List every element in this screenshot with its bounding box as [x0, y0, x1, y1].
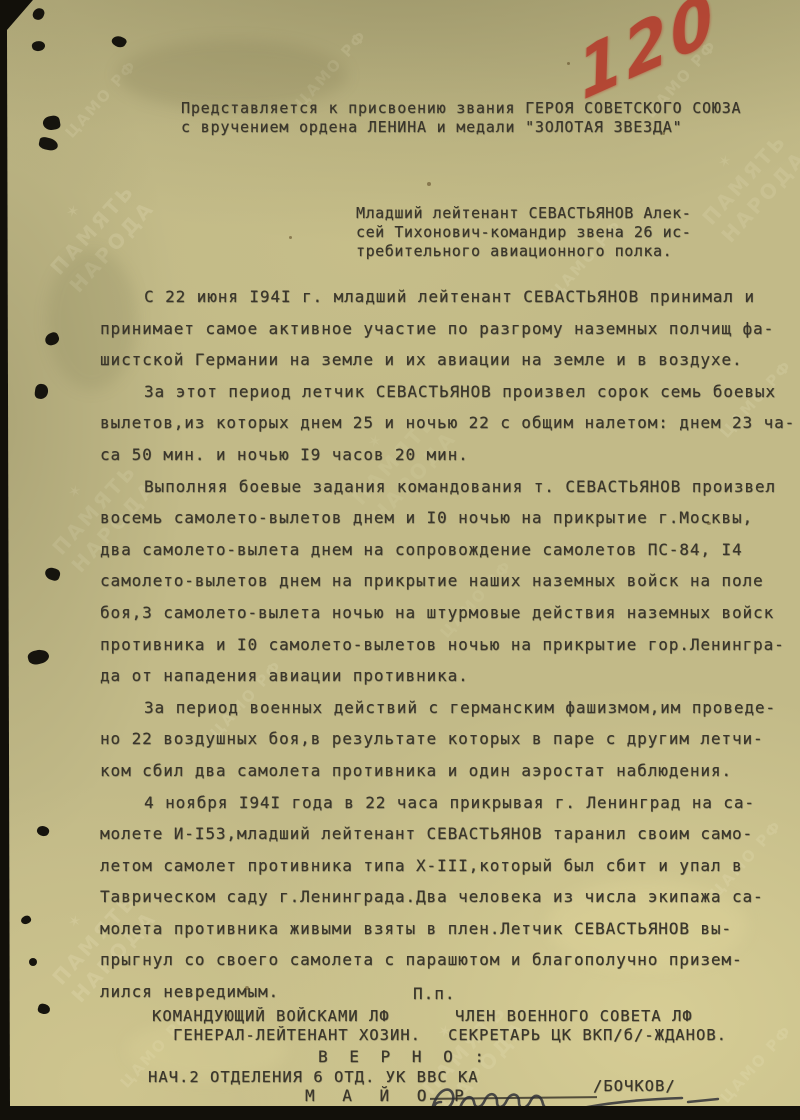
subject-line-2: сей Тихонович-командир звена 26 ис- — [356, 223, 691, 242]
body-line: два самолето-вылета днем на сопровождени… — [100, 534, 800, 566]
body-line: противника и I0 самолето-вылетов ночью н… — [100, 629, 800, 661]
paper-sheet: ✶ ПАМЯТЬ НАРОДА ✶ ПАМЯТЬ НАРОДА ✶ ПАМЯТЬ… — [7, 0, 800, 1106]
foxing-speck — [567, 62, 570, 65]
signer-left-name: ГЕНЕРАЛ-ЛЕЙТЕНАНТ ХОЗИН. — [173, 1026, 421, 1044]
body-line: летом самолет противника типа Х-III,кото… — [100, 850, 800, 882]
verno-label: В Е Р Н О : — [318, 1047, 490, 1066]
ink-blot — [29, 958, 37, 966]
ink-blot — [20, 914, 33, 926]
pp-abbreviation: П.п. — [413, 984, 456, 1003]
body-line: С 22 июня I94I г. младший лейтенант СЕВА… — [100, 281, 800, 313]
ink-blot — [42, 115, 61, 132]
body-line: прыгнул со своего самолета с парашютом и… — [100, 944, 800, 976]
body-line: За этот период летчик СЕВАСТЬЯНОВ произв… — [100, 376, 800, 408]
ink-blot — [110, 33, 128, 50]
foxing-speck — [245, 986, 249, 990]
document-header: Представляется к присвоению звания ГЕРОЯ… — [181, 99, 741, 136]
header-line-2: с вручением ордена ЛЕНИНА и медали "ЗОЛО… — [181, 118, 741, 137]
scanned-document: ✶ ПАМЯТЬ НАРОДА ✶ ПАМЯТЬ НАРОДА ✶ ПАМЯТЬ… — [0, 0, 800, 1120]
ink-blot — [31, 6, 45, 21]
ink-blot — [31, 39, 46, 52]
body-line: са 50 мин. и ночью I9 часов 20 мин. — [100, 439, 800, 471]
citation-body: С 22 июня I94I г. младший лейтенант СЕВА… — [100, 281, 800, 1008]
body-line: молета противника живыми взяты в плен.Ле… — [100, 913, 800, 945]
body-line: Выполняя боевые задания командования т. … — [100, 471, 800, 503]
body-line: вылетов,из которых днем 25 и ночью 22 с … — [100, 407, 800, 439]
body-line: восемь самолето-вылетов днем и I0 ночью … — [100, 502, 800, 534]
body-line: За период военных действий с германским … — [100, 692, 800, 724]
signer-right-title: ЧЛЕН ВОЕННОГО СОВЕТА ЛФ — [455, 1007, 693, 1025]
foxing-speck — [427, 182, 431, 186]
body-line: да от нападения авиации противника. — [100, 660, 800, 692]
body-line: самолето-вылетов днем на прикрытие наших… — [100, 565, 800, 597]
signer-left-title: КОМАНДУЮЩИЙ ВОЙСКАМИ ЛФ — [152, 1007, 390, 1025]
body-line: молете И-I53,младший лейтенант СЕВАСТЬЯН… — [100, 818, 800, 850]
subject-line-3: требительного авиационного полка. — [356, 242, 691, 261]
body-line: Таврическом саду г.Ленинграда.Два челове… — [100, 881, 800, 913]
signer-right-name: СЕКРЕТАРЬ ЦК ВКП/б/-ЖДАНОВ. — [448, 1026, 727, 1044]
ink-blot — [44, 566, 62, 582]
body-line: принимает самое активное участие по разг… — [100, 313, 800, 345]
ink-blot — [34, 383, 49, 400]
subject-line-1: Младший лейтенант СЕВАСТЬЯНОВ Алек- — [356, 204, 691, 223]
body-line: 4 ноября I94I года в 22 часа прикрывая г… — [100, 787, 800, 819]
body-line: шистской Германии на земле и их авиации … — [100, 344, 800, 376]
header-line-1: Представляется к присвоению звания ГЕРОЯ… — [181, 99, 741, 118]
foxing-speck — [289, 236, 292, 239]
body-line: но 22 воздушных боя,в результате которых… — [100, 723, 800, 755]
foxing-speck — [707, 522, 711, 525]
ink-blot — [27, 648, 51, 667]
ink-blot — [35, 824, 50, 838]
ink-blot — [37, 1003, 51, 1016]
ink-blot — [38, 136, 59, 152]
handwritten-signature — [420, 1078, 730, 1106]
subject-block: Младший лейтенант СЕВАСТЬЯНОВ Алек- сей … — [356, 204, 691, 261]
foxing-speck — [662, 132, 665, 135]
body-line: ком сбил два самолета противника и один … — [100, 755, 800, 787]
body-line: боя,3 самолето-вылета ночью на штурмовые… — [100, 597, 800, 629]
